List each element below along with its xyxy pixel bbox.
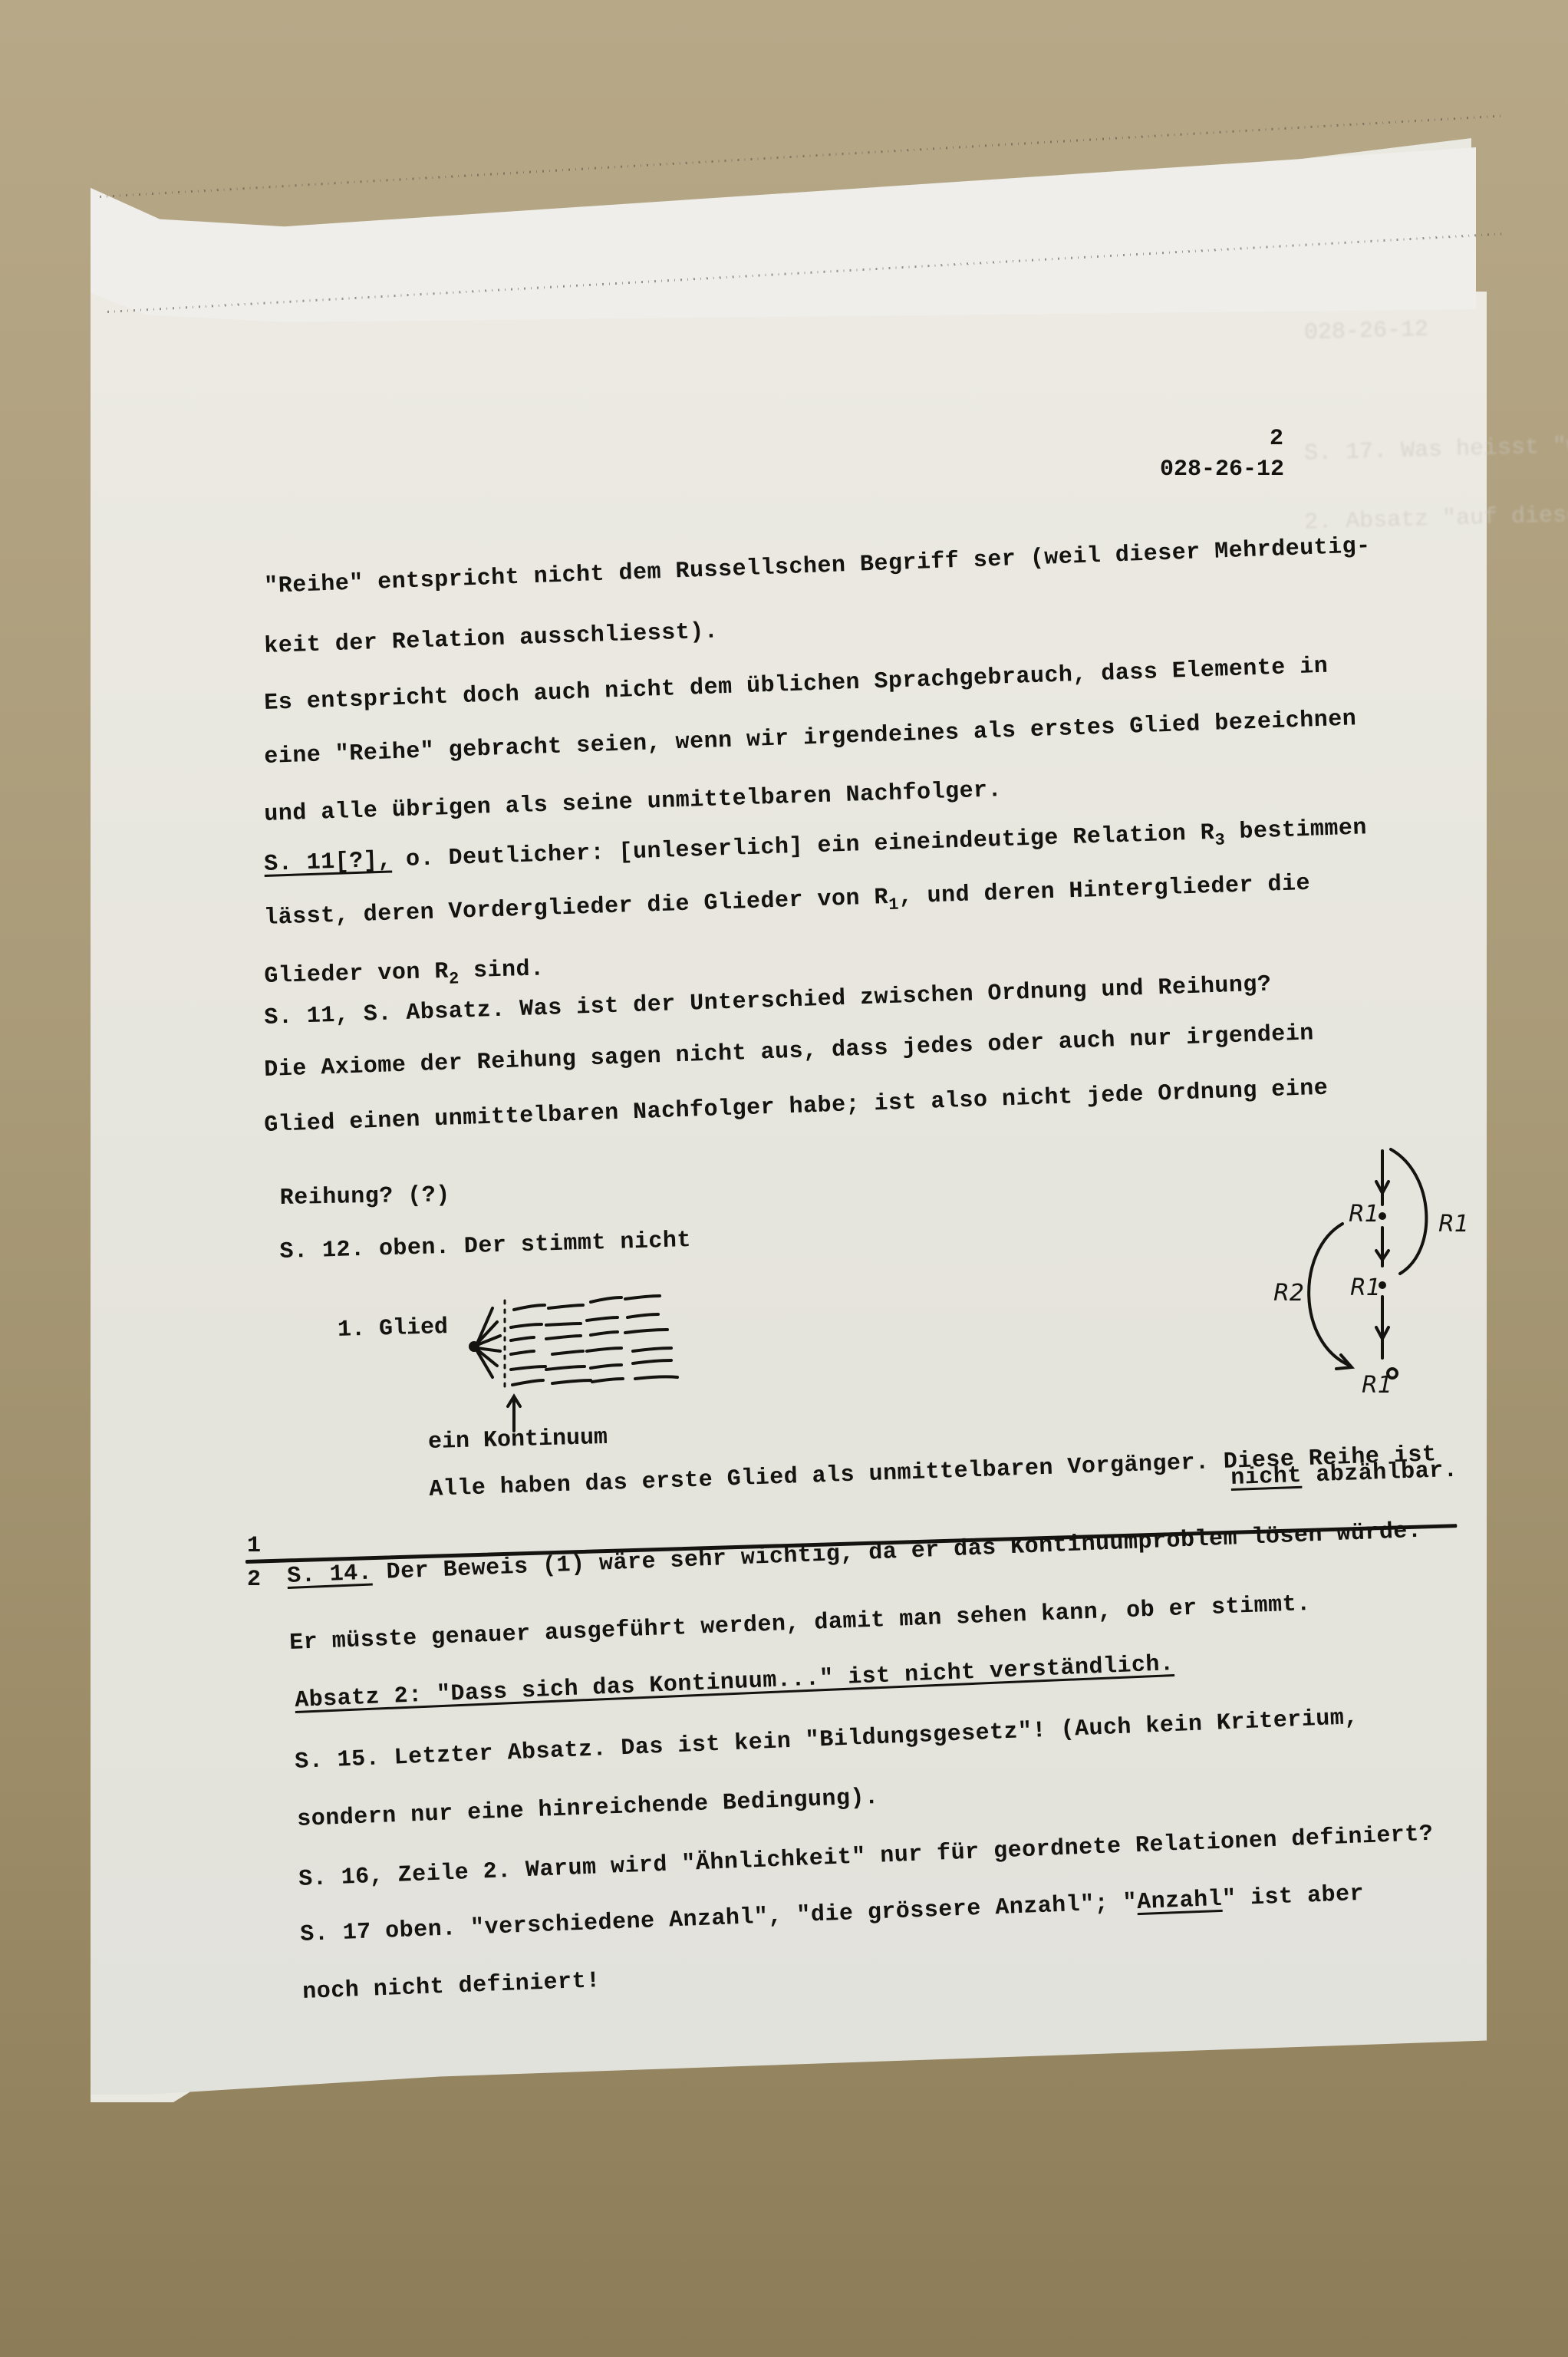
text-line: Reihung? (?)	[279, 1182, 450, 1211]
text-line: noch nicht definiert!	[302, 1968, 601, 2006]
text-line: "Reihe" entspricht nicht dem Russellsche…	[264, 533, 1372, 600]
text-line: sondern nur eine hinreichende Bedingung)…	[297, 1785, 879, 1833]
diagram-label-continuum: ein Kontinuum	[428, 1425, 608, 1455]
text-line: Glied einen unmittelbaren Nachfolger hab…	[264, 1076, 1329, 1139]
relation-label: R1	[1350, 1274, 1381, 1301]
margin-fraction-denominator: 2	[247, 1567, 261, 1593]
typewritten-text: 2 028-26-12 "Reihe" entspricht nicht dem…	[0, 0, 1568, 2357]
page-reference: S. 11[?],	[264, 848, 393, 879]
text-line: und alle übrigen als seine unmittelbaren…	[264, 777, 1003, 828]
text-line: keit der Relation ausschliesst).	[264, 618, 719, 660]
page-reference: S. 14.	[287, 1561, 373, 1590]
continuum-sketch-icon	[460, 1277, 782, 1439]
text-line: S. 16, Zeile 2. Warum wird "Ähnlichkeit"…	[298, 1821, 1434, 1893]
text-line: S. 12. oben. Der stimmt nicht	[279, 1228, 691, 1265]
document-id: 028-26-12	[1160, 457, 1284, 483]
relations-diagram-icon: R1 R1 R1 R2 R1	[1235, 1128, 1481, 1404]
margin-fraction-numerator: 1	[247, 1533, 261, 1559]
text-line: eine "Reihe" gebracht seien, wenn wir ir…	[264, 706, 1357, 770]
text-line: Die Axiome der Reihung sagen nicht aus, …	[264, 1020, 1315, 1083]
text-line: Er müsste genauer ausgeführt werden, dam…	[289, 1591, 1312, 1656]
text-line: Glieder von R2 sind.	[264, 956, 545, 994]
relation-label: R2	[1273, 1280, 1304, 1307]
diagram-label-first-member: 1. Glied	[338, 1314, 449, 1343]
text-line: Es entspricht doch auch nicht dem üblich…	[264, 654, 1329, 717]
relation-label: R1	[1438, 1211, 1469, 1238]
text-line: S. 15. Letzter Absatz. Das ist kein "Bil…	[295, 1705, 1359, 1775]
text-line: S. 11[?], o. Deutlicher: [unleserlich] e…	[264, 815, 1368, 882]
page-number: 2	[1270, 426, 1283, 452]
text-line: S. 17 oben. "verschiedene Anzahl", "die …	[300, 1881, 1365, 1948]
text-line: Absatz 2: "Dass sich das Kontinuum..." i…	[295, 1651, 1175, 1714]
relation-label: R1	[1349, 1201, 1379, 1228]
relation-label: R1	[1362, 1372, 1392, 1399]
text-line: lässt, deren Vorderglieder die Glieder v…	[264, 871, 1311, 935]
